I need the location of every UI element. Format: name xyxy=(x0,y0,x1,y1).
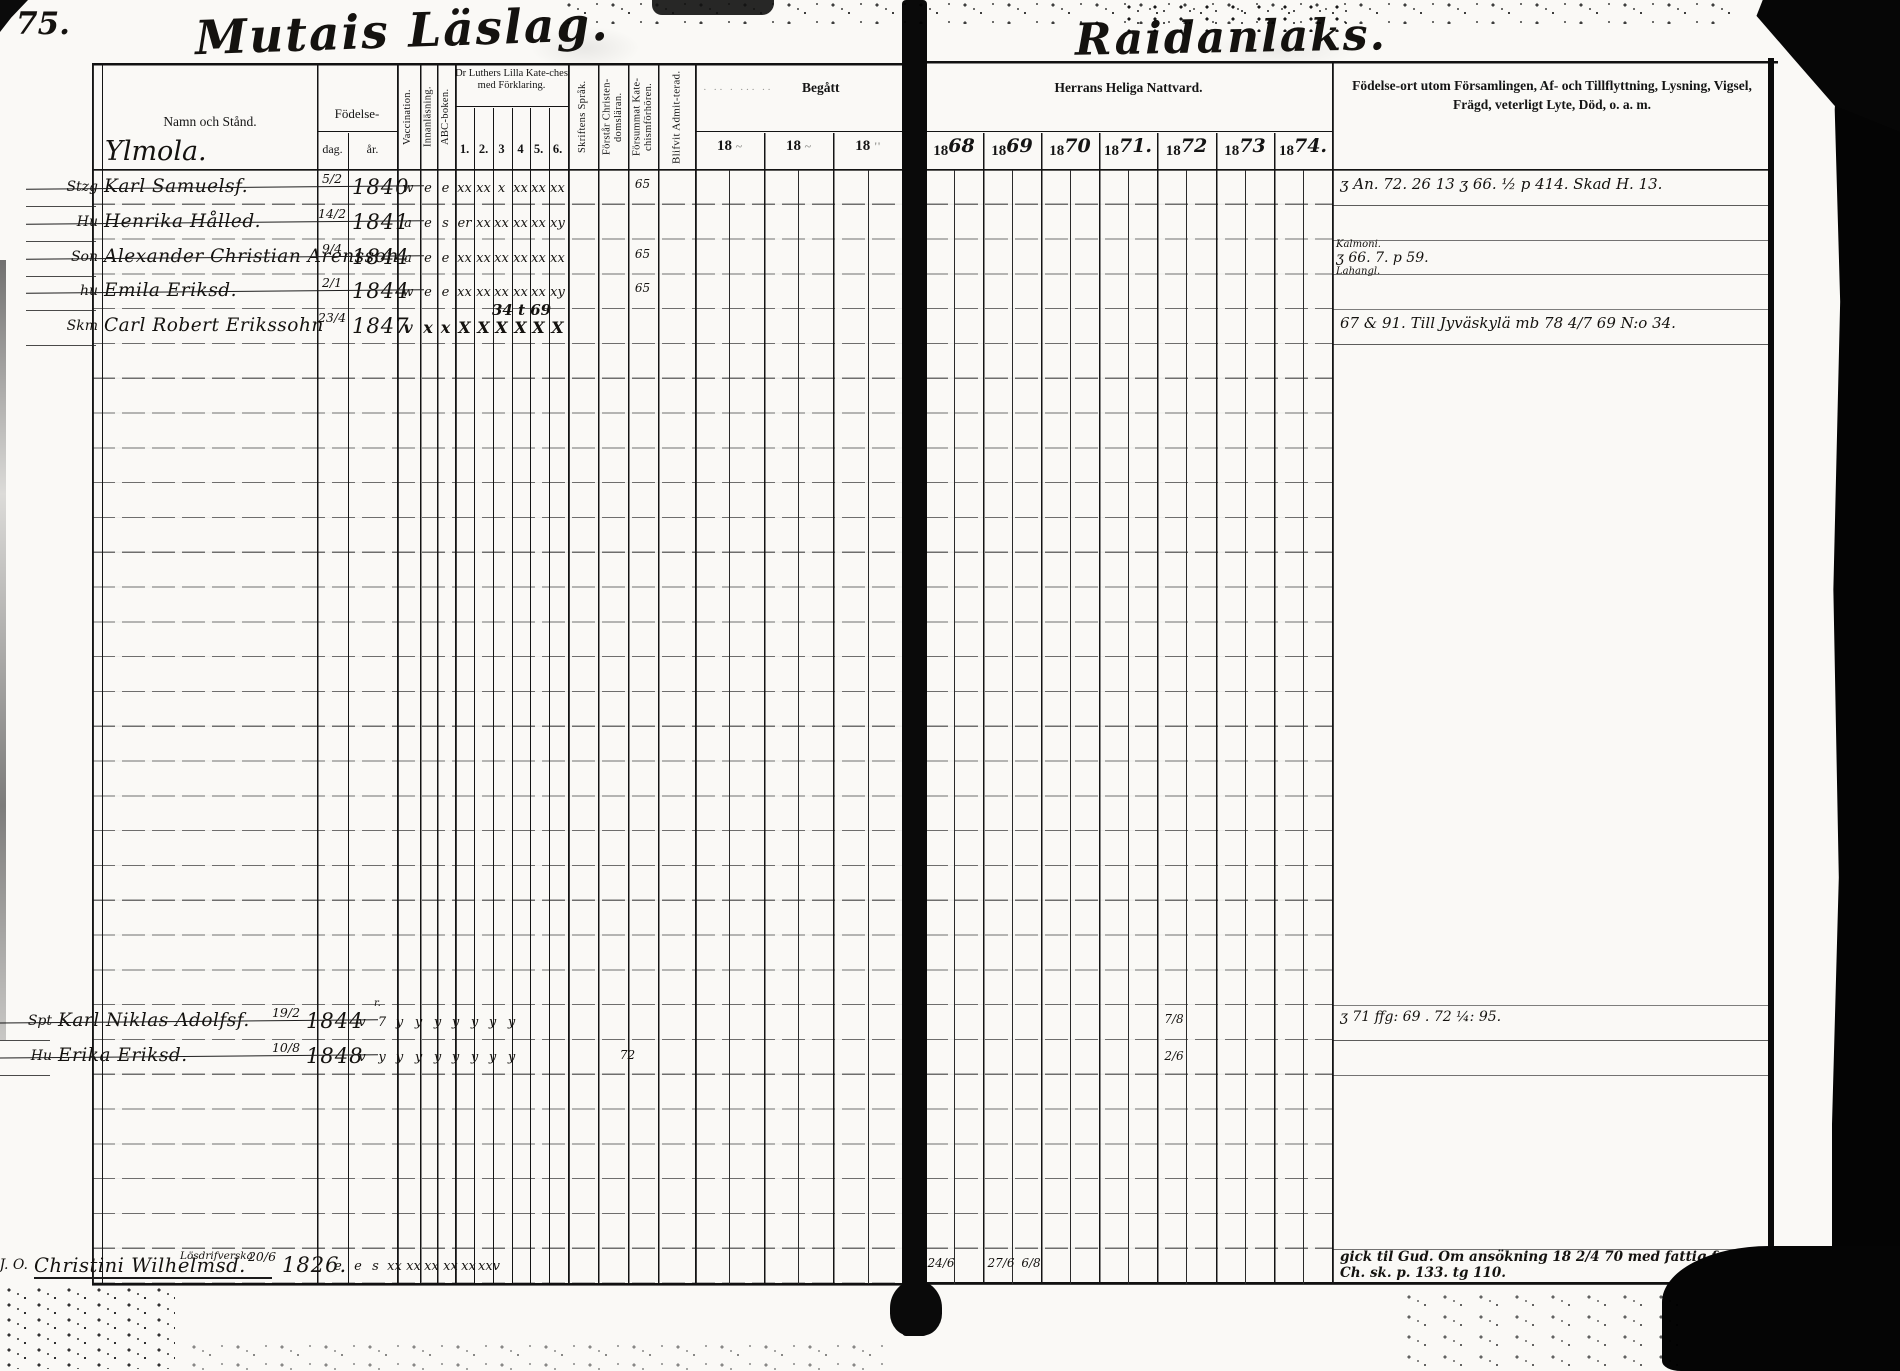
catechism-mark: xx xyxy=(474,251,493,266)
vaccination-mark: v xyxy=(396,318,420,337)
vaccination-mark: a xyxy=(396,251,420,266)
catechism-col-3: 3 xyxy=(492,142,511,157)
catechism-mark: xx xyxy=(474,285,493,300)
row-margin-title: Hu xyxy=(2,214,98,230)
birth-day: 9/4 xyxy=(313,241,351,256)
year-printed: 18 xyxy=(855,138,870,154)
communion-date-1869a: 27/6 xyxy=(986,1256,1016,1270)
catechism-mark: X xyxy=(492,318,511,337)
catechism-mark: xx xyxy=(511,181,530,196)
scripture-column-header: Skriftens Språk. xyxy=(567,67,599,167)
reading-mark: y xyxy=(373,1050,391,1065)
communion-date-1869b: 6/8 xyxy=(1016,1256,1046,1270)
communion-date-1872: 7/8 xyxy=(1159,1012,1189,1026)
begatt-header: Begått xyxy=(802,80,840,96)
scanned-parish-register-page: Mutais Läslag. Raidanlaks. 75. Ylmola. N… xyxy=(0,0,1900,1371)
vaccination-mark: e xyxy=(326,1259,350,1274)
catechism-col-4: 4 xyxy=(511,142,530,157)
row-name: Carl Robert Erikssohn xyxy=(104,315,324,336)
name-underline xyxy=(0,1075,50,1076)
scan-noise-top-dense xyxy=(1120,2,1360,32)
notes-column-header-line1: Födelse-ort utom Församlingen, Af- och T… xyxy=(1340,78,1764,94)
year-col-1870: 1870 xyxy=(1041,138,1099,168)
ledger-row-4: hu Emila Eriksd. 2/1 1844 w e e xx xx xx… xyxy=(0,275,1900,310)
year-written: 68 xyxy=(948,135,974,157)
year-printed: 18 xyxy=(1049,143,1064,159)
tiny-mark: r. xyxy=(374,998,381,1009)
year-printed: 18 xyxy=(717,138,732,154)
catechism-mark: X xyxy=(529,318,548,337)
year-written: 70 xyxy=(1064,135,1090,157)
ledger-row-2: Hu Henrika Hålled. 14/2 1841 a e s er xx… xyxy=(0,206,1900,241)
ledger-row-1: Stzg Karl Samuelsf. 5/2 1840 w e e xx xx… xyxy=(0,171,1900,206)
book-fold-shadow xyxy=(902,0,927,1336)
catechism-mark: X xyxy=(474,318,493,337)
reading-mark: 7 xyxy=(373,1015,391,1030)
year-written: 72 xyxy=(1181,135,1207,157)
year-written: 73 xyxy=(1239,135,1265,157)
missed-exam-year: 65 xyxy=(627,281,658,295)
vaccination-mark: a xyxy=(396,216,420,231)
scan-corner-bottom-right xyxy=(1662,1246,1900,1371)
ledger-row-3: Son Alexander Christian Arensson 9/4 184… xyxy=(0,241,1900,276)
left-year-col-1: 18 ~ xyxy=(695,138,764,168)
catechism-mark: xx xyxy=(455,181,474,196)
reading-mark: x xyxy=(419,318,437,337)
communion-date-1872: 2/6 xyxy=(1159,1049,1189,1063)
village-name: Ylmola. xyxy=(105,136,207,167)
book-fold-shadow-bottom xyxy=(890,1280,942,1336)
catechism-mark: xx xyxy=(385,1259,404,1274)
year-faint-mark: '' xyxy=(874,139,881,153)
reading-mark: e xyxy=(419,216,437,231)
year-col-1874: 1874. xyxy=(1274,138,1332,168)
catechism-mark: xx xyxy=(529,251,548,266)
catechism-mark: y xyxy=(446,1050,465,1065)
catechism-mark: xx xyxy=(455,285,474,300)
catechism-mark: er xyxy=(455,216,474,231)
catechism-mark: xy xyxy=(548,216,567,231)
faded-begatt-prefix: · ·· · ··· ·· xyxy=(703,84,798,96)
row-margin-title: Skm xyxy=(2,318,98,334)
catechism-mark: xx xyxy=(492,216,511,231)
catechism-mark: y xyxy=(428,1015,447,1030)
birth-day-header: dag. xyxy=(317,142,348,157)
catechism-mark: y xyxy=(483,1050,502,1065)
catechism-mark: x xyxy=(492,181,511,196)
admitted-column-header: Blifvit Admit-terad. xyxy=(657,67,696,167)
catechism-mark: xx xyxy=(459,1259,478,1274)
birth-day: 20/6 xyxy=(243,1249,281,1264)
year-faint-mark: ~ xyxy=(805,139,811,153)
understands-column-header: Förstår Christen-domsläran. xyxy=(597,67,629,167)
left-page-row-content: Hu Erika Eriksd. 10/8 1848 v y y y y y y… xyxy=(0,1040,1854,1075)
ledger-row-8: J. O. Christini Wilhelmsd. Lösdrifverska… xyxy=(0,1249,1900,1284)
communion-header: Herrans Heliga Nattvard. xyxy=(925,80,1332,96)
catechism-mark: xx xyxy=(511,251,530,266)
birth-day: 2/1 xyxy=(313,275,351,290)
occupation-note: Lösdrifverska xyxy=(180,1250,253,1262)
year-printed: 18 xyxy=(933,143,948,159)
row-note: 67 & 91. Till Jyväskylä mb 78 4/7 69 N:o… xyxy=(1340,314,1676,332)
reading-mark: e xyxy=(419,181,437,196)
catechism-mark: y xyxy=(409,1015,428,1030)
row-note-line2: Ch. sk. p. 133. tg 110. xyxy=(1340,1265,1506,1281)
catechism-col-5: 5. xyxy=(529,142,548,157)
catechism-mark: xx xyxy=(529,216,548,231)
row-note: ʒ 66. 7. p 59. xyxy=(1336,250,1429,266)
catechism-mark: xx xyxy=(529,285,548,300)
catechism-mark: X xyxy=(548,318,567,337)
name-underline xyxy=(26,345,96,346)
catechism-mark: X xyxy=(455,318,474,337)
birth-day: 23/4 xyxy=(313,310,351,325)
vaccination-mark: v xyxy=(350,1050,374,1065)
catechism-mark: xx xyxy=(474,216,493,231)
reading-mark: e xyxy=(419,285,437,300)
catechism-mark: xx xyxy=(441,1259,460,1274)
catechism-col-1: 1. xyxy=(455,142,474,157)
catechism-group-header: Dr Luthers Lilla Kate-ches med Förklarin… xyxy=(455,68,568,92)
row-margin-title: Stzg xyxy=(2,179,98,195)
left-year-col-3: 18 '' xyxy=(833,138,903,168)
birth-year-header: år. xyxy=(348,142,397,157)
birth-day: 19/2 xyxy=(267,1005,305,1020)
catechism-mark: xx xyxy=(474,181,493,196)
catechism-mark: xx xyxy=(529,181,548,196)
scan-ink-blob-top xyxy=(652,0,774,15)
year-col-1868: 1868 xyxy=(925,138,983,168)
year-col-1873: 1873 xyxy=(1216,138,1274,168)
year-printed: 18 xyxy=(1279,143,1294,159)
birth-day: 14/2 xyxy=(313,206,351,221)
communion-date-1868: 24/6 xyxy=(926,1256,956,1270)
year-written: 74. xyxy=(1294,135,1327,157)
abc-mark: e xyxy=(436,181,455,196)
birth-day: 10/8 xyxy=(267,1040,305,1055)
catechism-mark: xx xyxy=(404,1259,423,1274)
vaccination-mark: v xyxy=(350,1015,374,1030)
scan-noise-bottom-right xyxy=(1400,1292,1690,1370)
year-printed: 18 xyxy=(991,143,1006,159)
catechism-mark: xx xyxy=(511,285,530,300)
year-printed: 18 xyxy=(786,138,801,154)
row-margin-title: Son xyxy=(2,249,98,265)
ledger-row-5: Skm Carl Robert Erikssohn 23/4 1847 v x … xyxy=(0,310,1900,345)
vaccination-mark: w xyxy=(396,181,420,196)
catechism-col-2: 2. xyxy=(474,142,493,157)
abc-mark: s xyxy=(366,1259,385,1274)
abc-mark: x xyxy=(436,318,455,337)
catechism-mark: y xyxy=(409,1050,428,1065)
paper-smudge xyxy=(530,26,640,70)
birth-day: 5/2 xyxy=(313,171,351,186)
catechism-mark: xy xyxy=(548,285,567,300)
abc-mark: s xyxy=(436,216,455,231)
catechism-mark: y xyxy=(502,1050,521,1065)
abc-mark: e xyxy=(436,285,455,300)
reading-mark: e xyxy=(349,1259,367,1274)
left-page-row-content: Spt Karl Niklas Adolfsf. 19/2 1844 v 7 y… xyxy=(0,1005,1854,1040)
missed-exam-column-header: Försummat Kate-chismförhören. xyxy=(627,67,659,167)
missed-exam-year: 65 xyxy=(627,177,658,191)
year-written: 69 xyxy=(1006,135,1032,157)
year-printed: 18 xyxy=(1104,143,1119,159)
catechism-mark: xx xyxy=(492,251,511,266)
reading-mark: e xyxy=(419,251,437,266)
ledger-row-6: Spt Karl Niklas Adolfsf. 19/2 1844 v 7 y… xyxy=(0,1005,1900,1040)
birth-column-header: Födelse- xyxy=(317,106,397,122)
scan-noise-bottom xyxy=(185,1342,885,1370)
understands-year: 72 xyxy=(612,1048,643,1062)
catechism-mark: xx xyxy=(511,216,530,231)
catechism-mark: xx xyxy=(422,1259,441,1274)
year-written: 71. xyxy=(1119,135,1152,157)
row-margin-title: J. O. xyxy=(0,1257,28,1273)
left-year-col-2: 18 ~ xyxy=(764,138,833,168)
catechism-mark: y xyxy=(446,1015,465,1030)
abc-mark: y xyxy=(390,1050,409,1065)
page-number: 75. xyxy=(16,6,70,42)
abc-mark: y xyxy=(390,1015,409,1030)
abc-book-column-header: ABC-boken. xyxy=(435,67,457,167)
year-printed: 18 xyxy=(1224,143,1239,159)
catechism-mark: y xyxy=(465,1050,484,1065)
scan-noise-bottom-left xyxy=(0,1285,175,1369)
year-col-1869: 1869 xyxy=(983,138,1041,168)
catechism-mark: y xyxy=(483,1015,502,1030)
catechism-mark: xxv xyxy=(478,1259,497,1274)
catechism-mark: y xyxy=(502,1015,521,1030)
paper-smudge xyxy=(1200,30,1360,70)
year-col-1872: 1872 xyxy=(1157,138,1216,168)
catechism-mark: y xyxy=(428,1050,447,1065)
catechism-mark: X xyxy=(511,318,530,337)
vaccination-mark: w xyxy=(396,285,420,300)
name-column-header: Namn och Stånd. xyxy=(104,114,316,130)
scan-edge-right xyxy=(1832,0,1900,1371)
year-printed: 18 xyxy=(1166,143,1181,159)
catechism-mark: xx xyxy=(548,251,567,266)
catechism-mark: xx xyxy=(455,251,474,266)
row-note: ʒ An. 72. 26 13 ʒ 66. ½ p 414. Skad H. 1… xyxy=(1340,175,1662,193)
year-faint-mark: ~ xyxy=(736,139,742,153)
notes-column-header-line2: Frägd, veterligt Lyte, Död, o. a. m. xyxy=(1340,97,1764,113)
year-col-1871: 1871. xyxy=(1099,138,1157,168)
scan-edge-left xyxy=(0,260,6,1040)
row-note: ʒ 71 ffg: 69 . 72 ¼: 95. xyxy=(1340,1009,1501,1025)
catechism-mark: xx xyxy=(492,285,511,300)
abc-mark: e xyxy=(436,251,455,266)
ledger-row-7: Hu Erika Eriksd. 10/8 1848 v y y y y y y… xyxy=(0,1040,1900,1075)
catechism-mark: y xyxy=(465,1015,484,1030)
row-note-small-1: Kalmoni. xyxy=(1336,239,1381,250)
catechism-col-6: 6. xyxy=(548,142,567,157)
catechism-mark: xx xyxy=(548,181,567,196)
missed-exam-year: 65 xyxy=(627,247,658,261)
